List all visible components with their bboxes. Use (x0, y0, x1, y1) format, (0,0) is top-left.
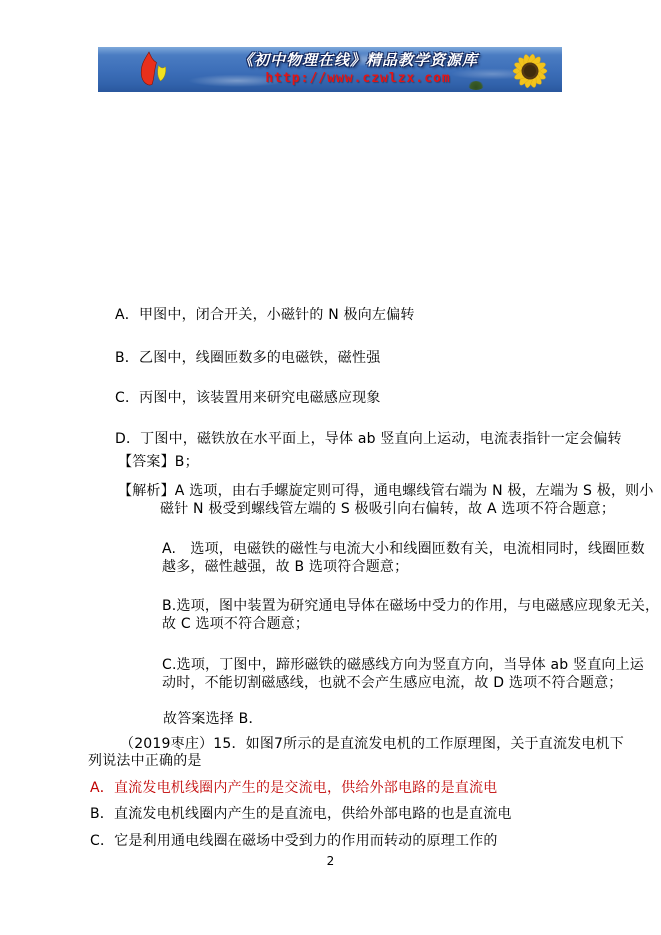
q14-answer: 【答案】B； (118, 454, 199, 471)
document-page: 《初中物理在线》精品教学资源库 http://www.czwlzx.com (0, 0, 661, 935)
q15-stem-line1: （2019枣庄）15．如图7所示的是直流发电机的工作原理图，关于直流发电机下 (120, 736, 624, 753)
q14-option-b: B．乙图中，线圈匝数多的电磁铁，磁性强 (115, 350, 380, 367)
q14-analysis-d-line2: 动时，不能切割磁感线，也就不会产生感应电流，故 D 选项不符合题意； (162, 675, 622, 692)
q14-analysis-conclusion: 故答案选择 B． (163, 711, 263, 728)
q14-analysis-c-line1: B.选项，图中装置为研究通电导体在磁场中受力的作用，与电磁感应现象无关， (162, 598, 659, 615)
q14-analysis-b-line2: 越多，磁性越强，故 B 选项符合题意； (162, 559, 408, 576)
q14-analysis-a-line1: 【解析】A 选项，由右手螺旋定则可得，通电螺线管右端为 N 极，左端为 S 极，… (118, 483, 654, 500)
banner-text-block: 《初中物理在线》精品教学资源库 http://www.czwlzx.com (203, 49, 513, 86)
q14-analysis-b-line1: A. 选项，电磁铁的磁性与电流大小和线圈匝数有关，电流相同时，线圈匝数 (162, 541, 645, 558)
banner-title: 《初中物理在线》精品教学资源库 (203, 49, 513, 70)
q14-option-a: A．甲图中，闭合开关，小磁针的 N 极向左偏转 (115, 307, 415, 324)
q15-stem-line2: 列说法中正确的是 (88, 753, 202, 770)
site-banner: 《初中物理在线》精品教学资源库 http://www.czwlzx.com (98, 47, 562, 92)
flame-logo-icon (130, 51, 176, 92)
q15-option-c: C．它是利用通电线圈在磁场中受到力的作用而转动的原理工作的 (90, 833, 498, 850)
q15-option-a-highlighted: A．直流发电机线圈内产生的是交流电，供给外部电路的是直流电 (90, 780, 497, 797)
q14-analysis-c-line2: 故 C 选项不符合题意； (162, 616, 309, 633)
q15-option-b: B．直流发电机线圈内产生的是直流电，供给外部电路的也是直流电 (90, 806, 512, 823)
sunflower-icon (490, 47, 562, 92)
page-number: 2 (0, 854, 661, 868)
q14-option-c: C．丙图中，该装置用来研究电磁感应现象 (115, 390, 381, 407)
q14-option-d: D．丁图中，磁铁放在水平面上，导体 ab 竖直向上运动，电流表指针一定会偏转 (115, 431, 622, 448)
q14-analysis-d-line1: C.选项，丁图中，蹄形磁铁的磁感线方向为竖直方向，当导体 ab 竖直向上运 (162, 657, 644, 674)
q14-analysis-a-line2: 磁针 N 极受到螺线管左端的 S 极吸引向右偏转，故 A 选项不符合题意； (160, 501, 615, 518)
plant-decor-icon (468, 81, 484, 90)
banner-url: http://www.czwlzx.com (203, 71, 513, 86)
